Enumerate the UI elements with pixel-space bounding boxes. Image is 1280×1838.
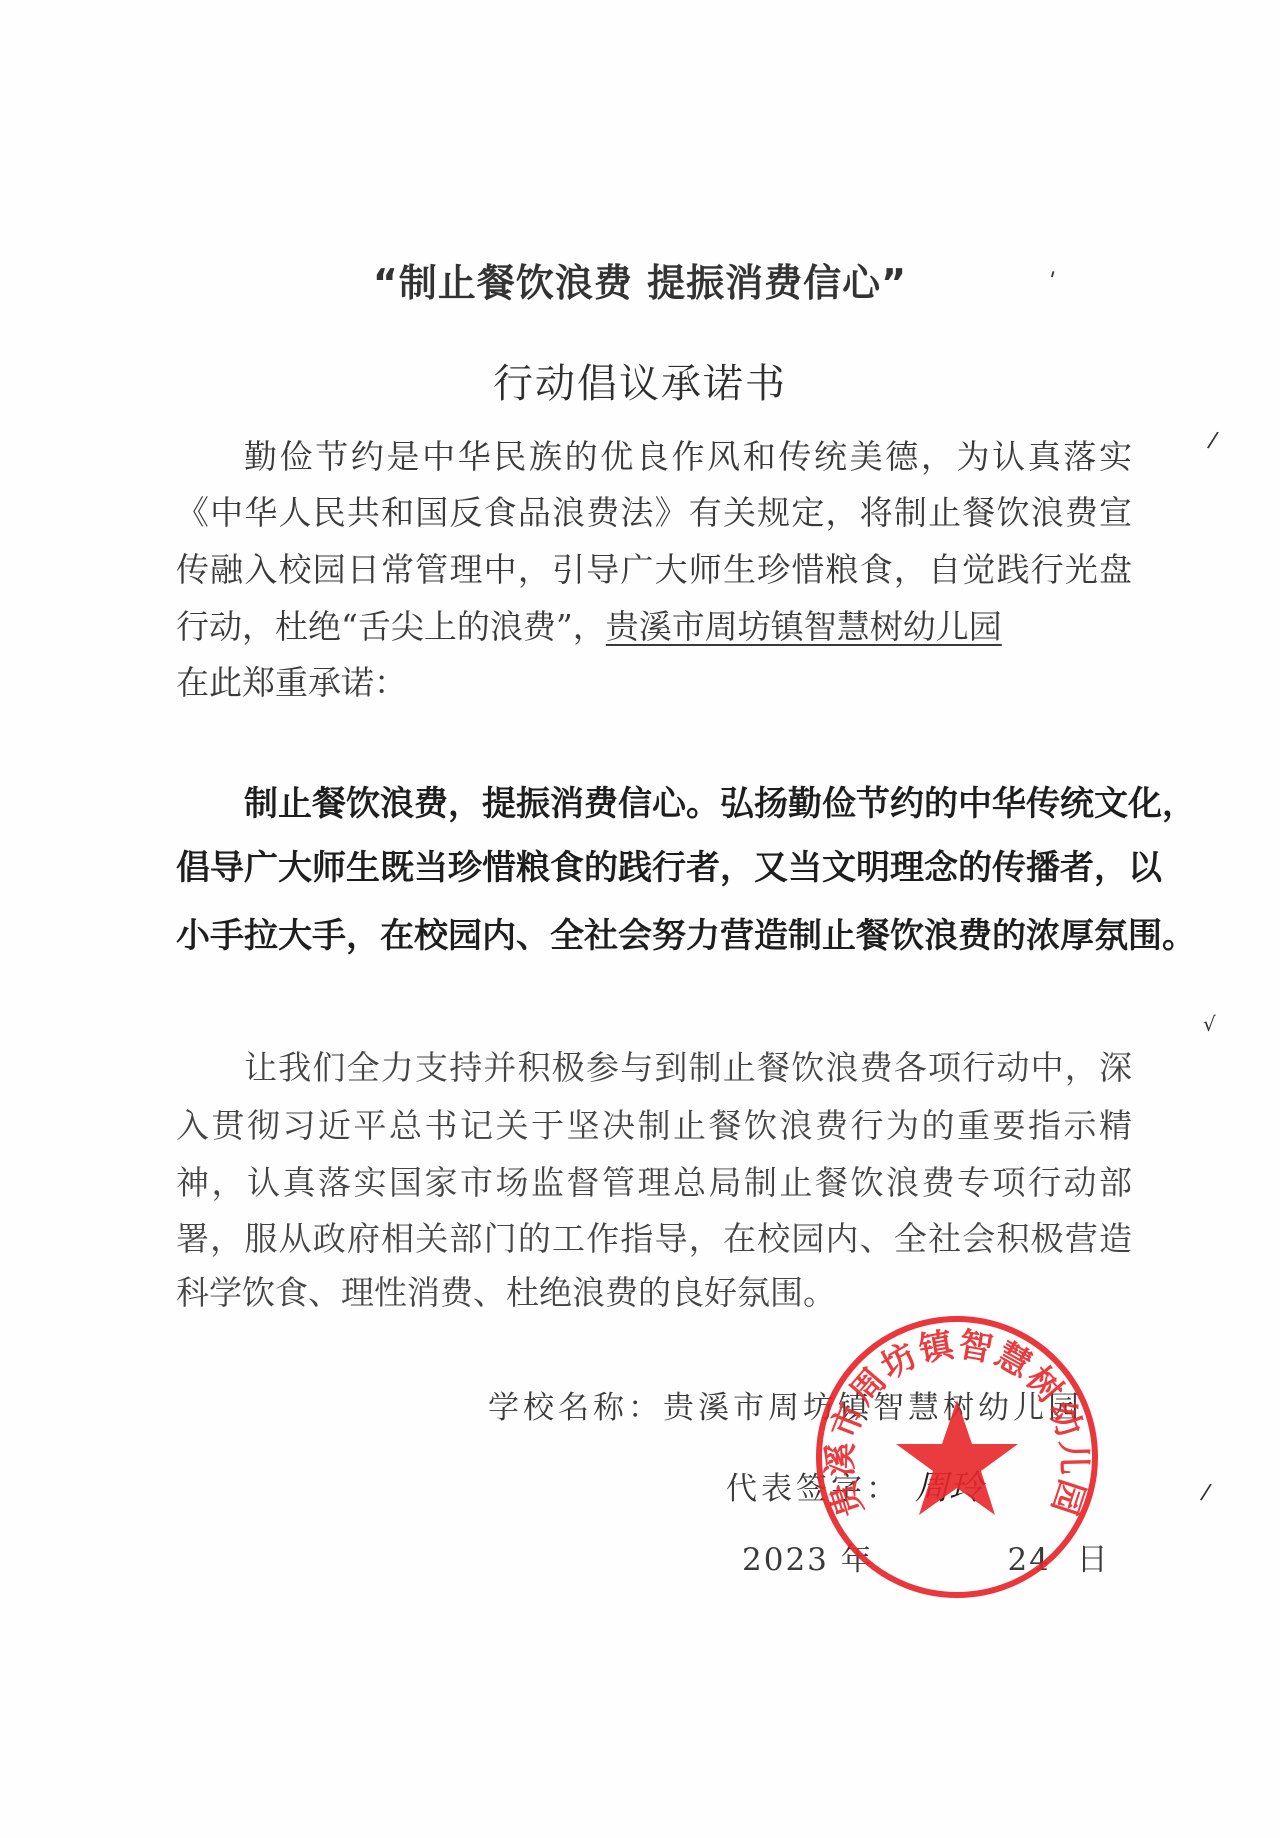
paragraph-line: 让我们全力支持并积极参与到制止餐饮浪费各项行动中，深: [244, 1048, 1132, 1088]
official-seal-icon: 贵溪市周坊镇智慧树幼儿园: [812, 1312, 1102, 1602]
paragraph-line: 小手拉大手，在校园内、全社会努力营造制止餐饮浪费的浓厚氛围。: [176, 916, 1132, 956]
paragraph-line: 制止餐饮浪费，提振消费信心。弘扬勤俭节约的中华传统文化，: [244, 784, 1132, 824]
paragraph-line: 科学饮食、理性消费、杜绝浪费的良好氛围。: [176, 1273, 836, 1313]
document-page: “制止餐饮浪费 提振消费信心” 行动倡议承诺书 勤俭节约是中华民族的优良作风和传…: [0, 0, 1280, 1838]
document-title: “制止餐饮浪费 提振消费信心”: [0, 252, 1280, 307]
paragraph-line: 《中华人民共和国反食品浪费法》有关规定，将制止餐饮浪费宣: [176, 493, 1132, 533]
paragraph-line: 神，认真落实国家市场监督管理总局制止餐饮浪费专项行动部: [176, 1163, 1132, 1203]
paragraph-line: 传融入校园日常管理中，引导广大师生珍惜粮食，自觉践行光盘: [176, 550, 1132, 590]
school-name-underlined: 贵溪市周坊镇智慧树幼儿园: [606, 607, 1002, 646]
line-prefix: 行动，杜绝“舌尖上的浪费”，: [176, 607, 606, 646]
paragraph-line: 勤俭节约是中华民族的优良作风和传统美德，为认真落实: [244, 437, 1132, 477]
school-name-label: 学校名称：: [488, 1390, 663, 1426]
paragraph-line: 倡导广大师生既当珍惜粮食的践行者，又当文明理念的传播者，以: [176, 848, 1132, 888]
margin-mark: √: [1203, 1012, 1216, 1036]
paragraph-line: 入贯彻习近平总书记关于坚决制止餐饮浪费行为的重要指示精: [176, 1106, 1132, 1146]
paragraph-line: 署，服从政府相关部门的工作指导，在校园内、全社会积极营造: [176, 1219, 1132, 1259]
margin-mark: /: [1199, 1479, 1213, 1505]
paragraph-line: 在此郑重承诺：: [176, 663, 407, 703]
document-subtitle: 行动倡议承诺书: [0, 352, 1280, 409]
margin-mark: /: [1206, 427, 1220, 453]
paragraph-line: 行动，杜绝“舌尖上的浪费”，贵溪市周坊镇智慧树幼儿园: [176, 607, 1132, 647]
